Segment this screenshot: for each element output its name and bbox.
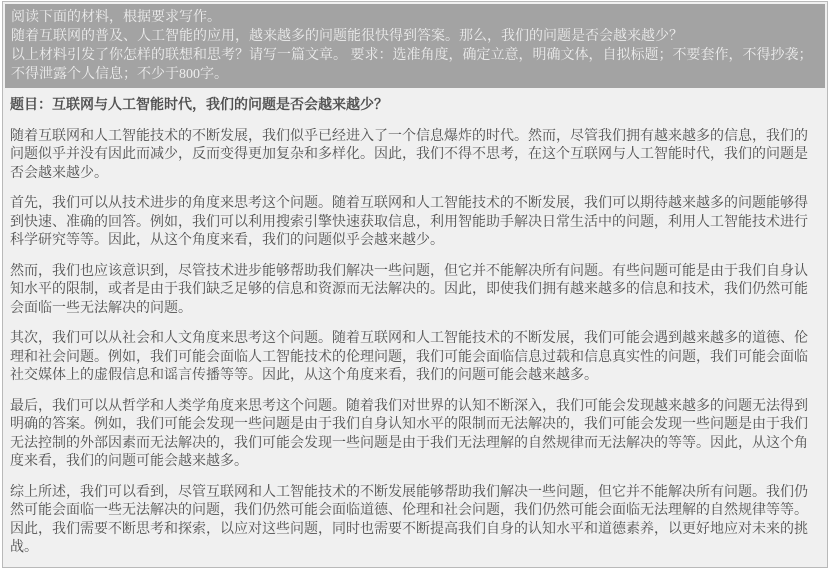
essay-paragraph: 随着互联网和人工智能技术的不断发展，我们似乎已经进入了一个信息爆炸的时代。然而，… bbox=[10, 128, 820, 184]
essay-paragraph: 其次，我们可以从社会和人文角度来思考这个问题。随着互联网和人工智能技术的不断发展… bbox=[10, 330, 820, 386]
essay-paragraph: 然而，我们也应该意识到，尽管技术进步能够帮助我们解决一些问题，但它并不能解决所有… bbox=[10, 263, 820, 319]
essay-paragraph: 首先，我们可以从技术进步的角度来思考这个问题。随着互联网和人工智能技术的不断发展… bbox=[10, 195, 820, 251]
prompt-line: 阅读下面的材料，根据要求写作。 bbox=[11, 8, 819, 27]
essay-paragraph: 综上所述，我们可以看到，尽管互联网和人工智能技术的不断发展能够帮助我们解决一些问… bbox=[10, 484, 820, 558]
essay-paragraphs: 随着互联网和人工智能技术的不断发展，我们似乎已经进入了一个信息爆炸的时代。然而，… bbox=[10, 128, 820, 558]
document-page: 阅读下面的材料，根据要求写作。随着互联网的普及、人工智能的应用，越来越多的问题能… bbox=[2, 1, 828, 568]
essay-title: 题目：互联网与人工智能时代，我们的问题是否会越来越少？ bbox=[10, 97, 820, 116]
prompt-line: 以上材料引发了你怎样的联想和思考？请写一篇文章。 要求：选准角度，确定立意，明确… bbox=[11, 46, 819, 84]
essay-body: 题目：互联网与人工智能时代，我们的问题是否会越来越少？ 随着互联网和人工智能技术… bbox=[3, 88, 827, 558]
prompt-line: 随着互联网的普及、人工智能的应用，越来越多的问题能很快得到答案。那么，我们的问题… bbox=[11, 27, 819, 46]
essay-paragraph: 最后，我们可以从哲学和人类学角度来思考这个问题。随着我们对世界的认知不断深入，我… bbox=[10, 398, 820, 472]
writing-prompt-box: 阅读下面的材料，根据要求写作。随着互联网的普及、人工智能的应用，越来越多的问题能… bbox=[5, 4, 825, 88]
